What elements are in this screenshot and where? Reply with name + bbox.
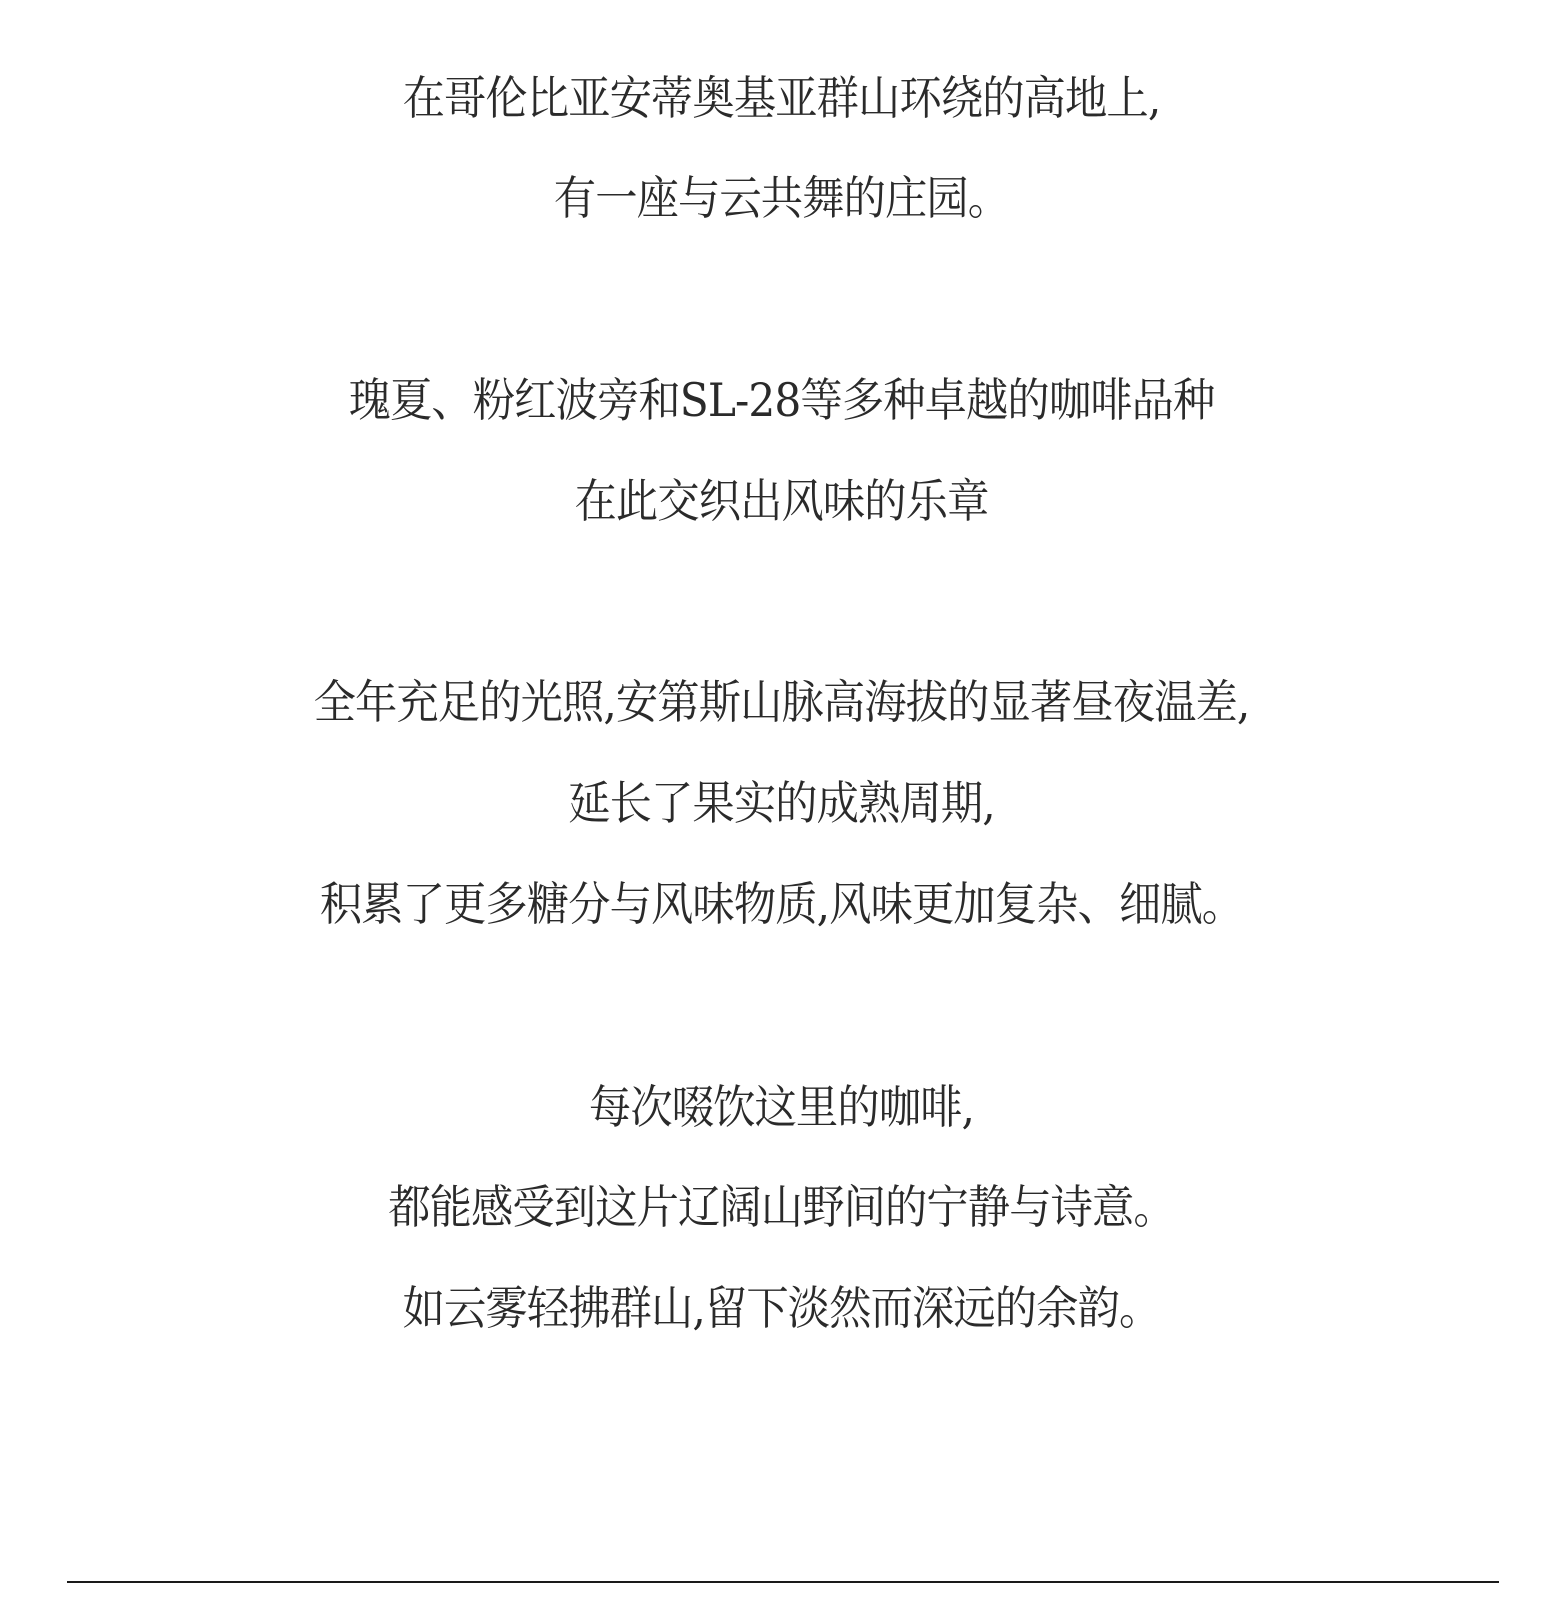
text-line: 瑰夏、粉红波旁和SL-28等多种卓越的咖啡品种 [63,370,1501,430]
text-line: 在哥伦比亚安蒂奥基亚群山环绕的高地上, [63,68,1501,128]
text-line: 在此交织出风味的乐章 [63,471,1501,531]
text-line: 每次啜饮这里的咖啡, [63,1077,1501,1137]
text-line: 延长了果实的成熟周期, [63,773,1501,833]
text-line: 有一座与云共舞的庄园。 [63,168,1501,228]
document-page: 在哥伦比亚安蒂奥基亚群山环绕的高地上, 有一座与云共舞的庄园。 瑰夏、粉红波旁和… [0,0,1563,1621]
text-line: 如云雾轻拂群山,留下淡然而深远的余韵。 [63,1278,1501,1338]
text-line: 积累了更多糖分与风味物质,风味更加复杂、细腻。 [63,874,1501,934]
text-line: 全年充足的光照,安第斯山脉高海拔的显著昼夜温差, [63,672,1501,732]
horizontal-divider [67,1581,1499,1583]
text-line: 都能感受到这片辽阔山野间的宁静与诗意。 [63,1177,1501,1237]
